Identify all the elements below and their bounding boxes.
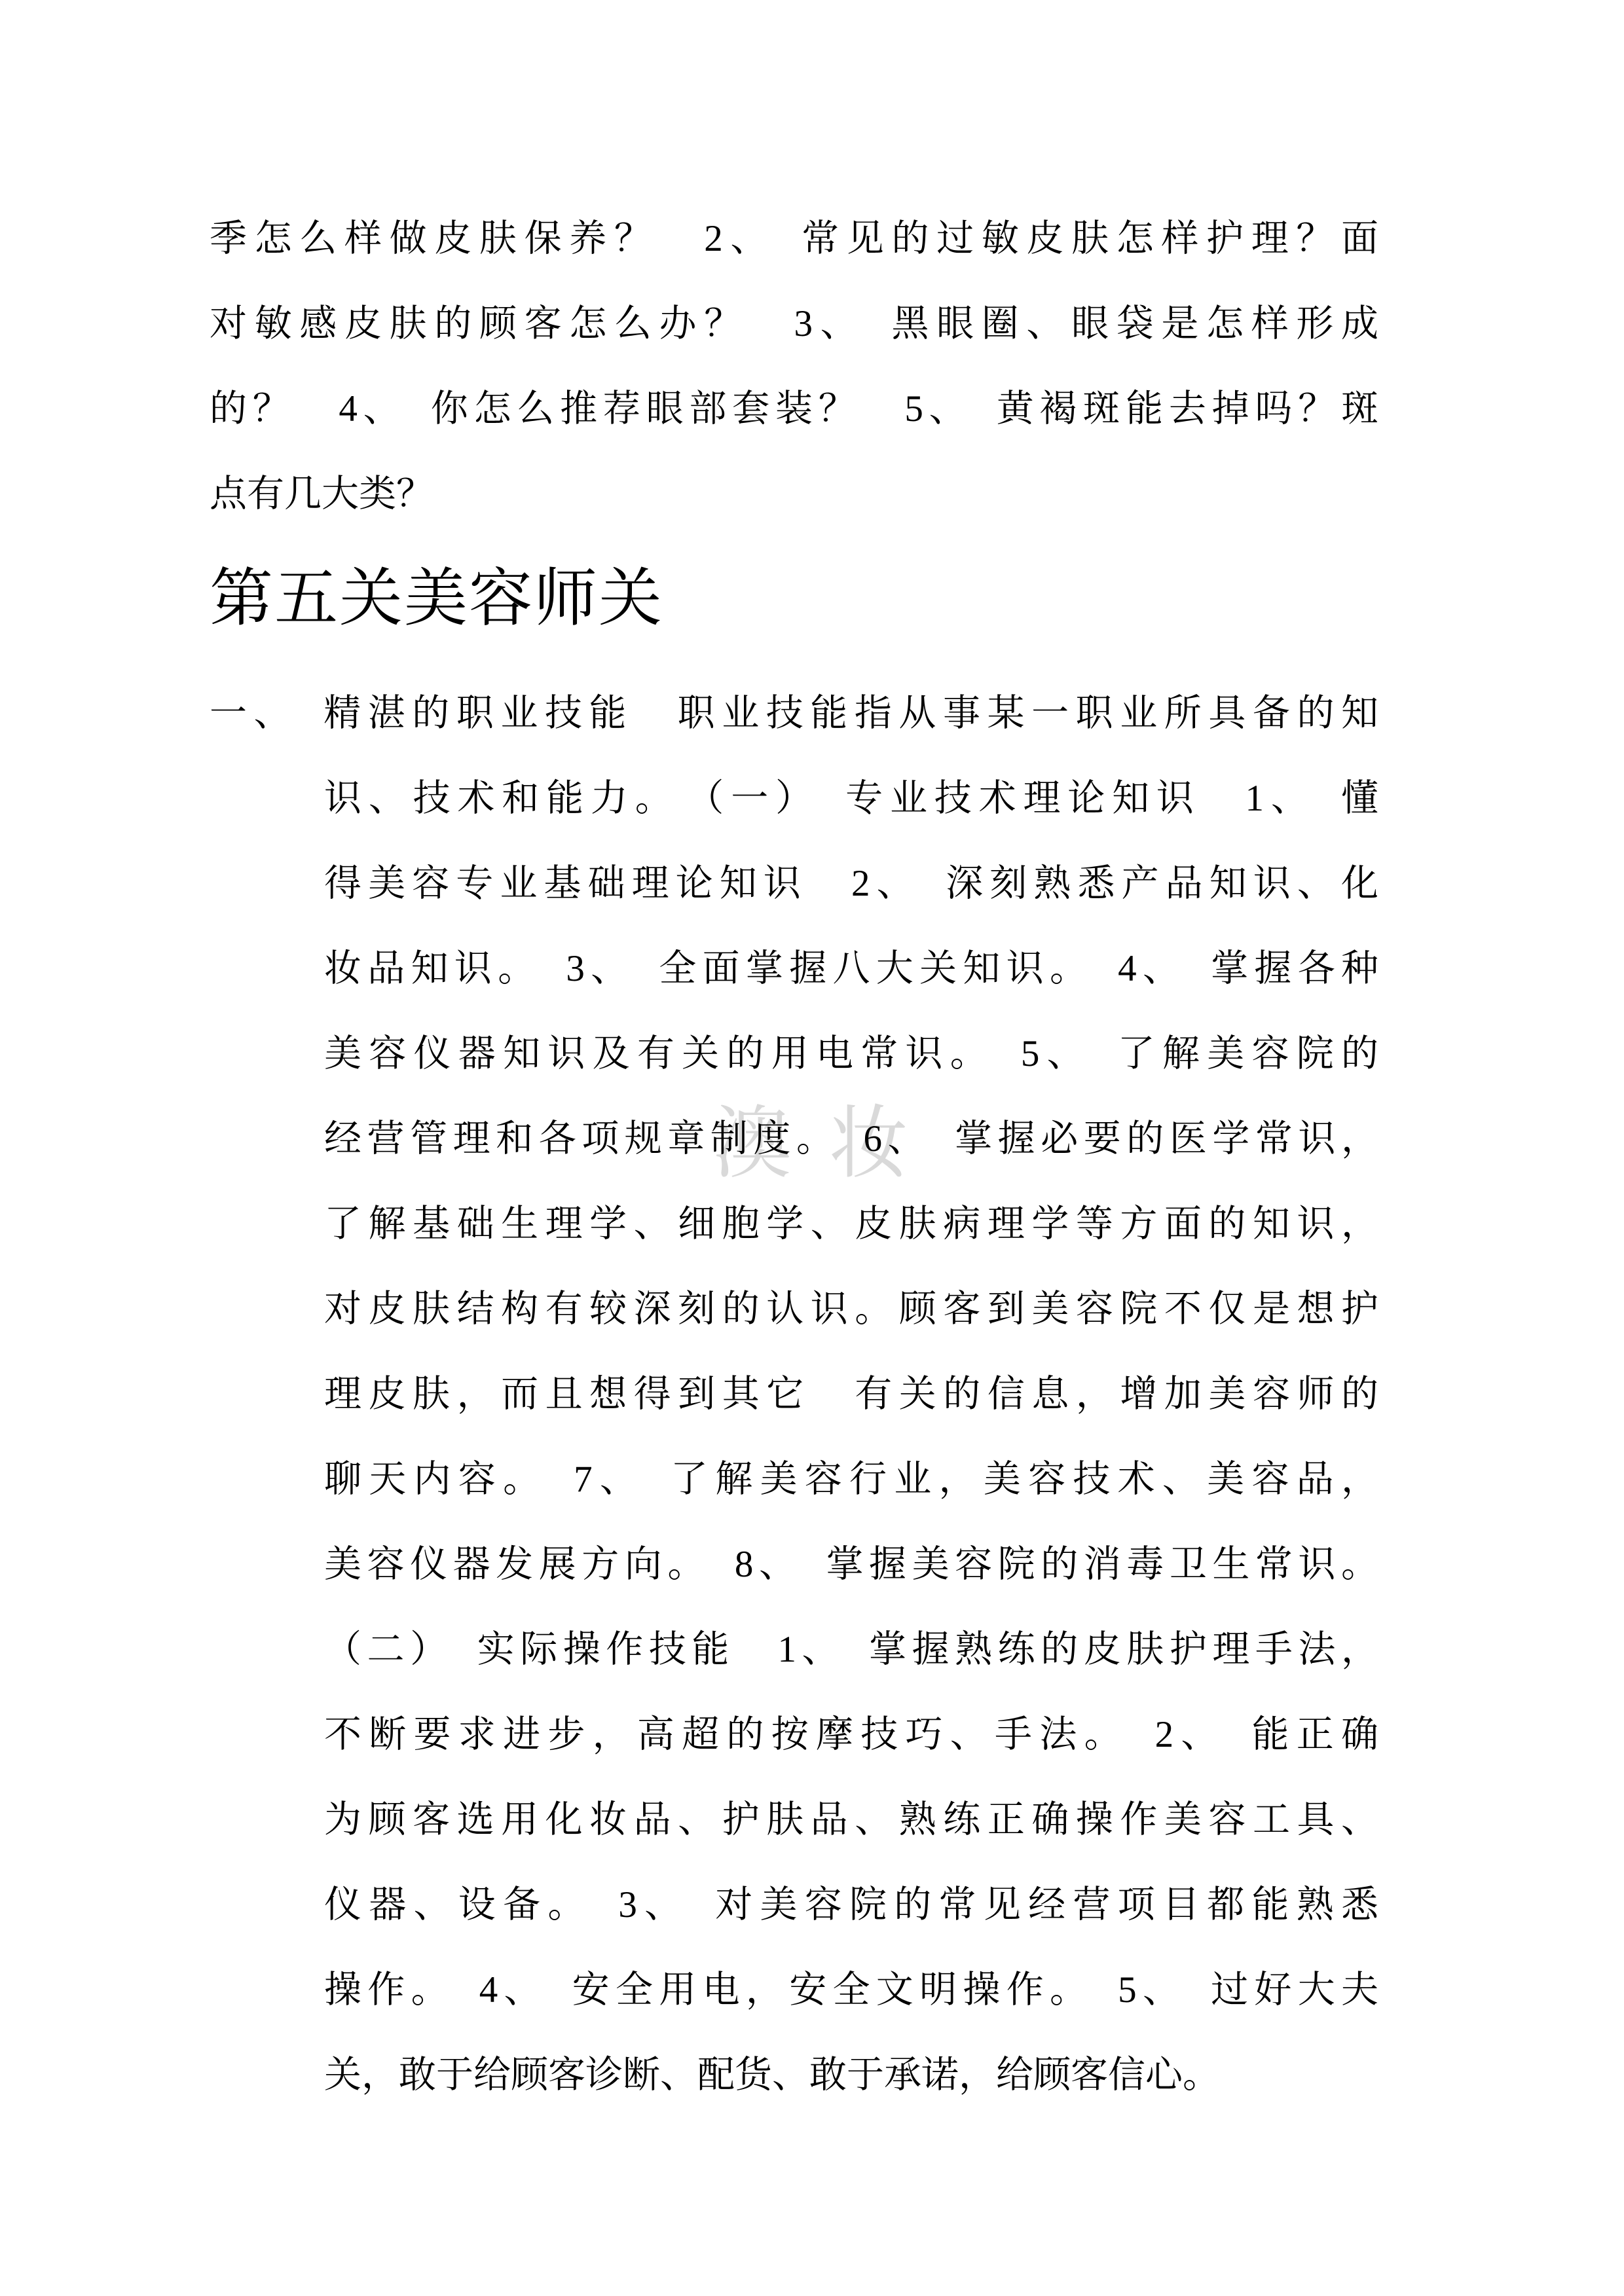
section-heading: 第五关美容师关	[210, 547, 1378, 651]
text-line: 的？ 4、 你怎么推荐眼部套装？ 5、 黄褐斑能去掉吗？斑	[210, 367, 1378, 452]
text-line: 操作。 4、 安全用电，安全文明操作。 5、 过好大夫	[210, 1948, 1378, 2033]
text-line: 妆品知识。 3、 全面掌握八大关知识。 4、 掌握各种	[210, 926, 1378, 1011]
text-line: 仪器、设备。 3、 对美容院的常见经营项目都能熟悉	[210, 1863, 1378, 1948]
document-page: 澳妆 季怎么样做皮肤保养？ 2、 常见的过敏皮肤怎样护理？面 对敏感皮肤的顾客怎…	[0, 0, 1624, 2296]
text-line: 得美容专业基础理论知识 2、 深刻熟悉产品知识、化	[210, 841, 1378, 926]
text-line: 对敏感皮肤的顾客怎么办？ 3、 黑眼圈、眼袋是怎样形成	[210, 282, 1378, 367]
text-line: 了解基础生理学、细胞学、皮肤病理学等方面的知识，	[210, 1182, 1378, 1267]
text-line: 聊天内容。 7、 了解美容行业，美容技术、美容品，	[210, 1437, 1378, 1522]
text-line: 美容仪器发展方向。 8、 掌握美容院的消毒卫生常识。	[210, 1522, 1378, 1607]
text-line: （二） 实际操作技能 1、 掌握熟练的皮肤护理手法，	[210, 1607, 1378, 1692]
text-line: 点有几大类？	[210, 452, 1378, 537]
text-line: 为顾客选用化妆品、护肤品、熟练正确操作美容工具、	[210, 1777, 1378, 1863]
text-line: 关，敢于给顾客诊断、配货、敢于承诺，给顾客信心。	[210, 2033, 1378, 2118]
text-line: 季怎么样做皮肤保养？ 2、 常见的过敏皮肤怎样护理？面	[210, 196, 1378, 282]
text-line: 美容仪器知识及有关的用电常识。 5、 了解美容院的	[210, 1011, 1378, 1097]
text-line: 对皮肤结构有较深刻的认识。顾客到美容院不仅是想护	[210, 1267, 1378, 1352]
skills-paragraph: 一、 精湛的职业技能 职业技能指从事某一职业所具备的知 识、技术和能力。 （一）…	[210, 671, 1378, 2118]
intro-paragraph: 季怎么样做皮肤保养？ 2、 常见的过敏皮肤怎样护理？面 对敏感皮肤的顾客怎么办？…	[210, 196, 1378, 537]
text-line: 经营管理和各项规章制度。 6、 掌握必要的医学常识，	[210, 1097, 1378, 1182]
page-content: 季怎么样做皮肤保养？ 2、 常见的过敏皮肤怎样护理？面 对敏感皮肤的顾客怎么办？…	[210, 196, 1378, 2118]
text-line: 识、技术和能力。 （一） 专业技术理论知识 1、 懂	[210, 756, 1378, 841]
text-line: 理皮肤，而且想得到其它 有关的信息，增加美容师的	[210, 1352, 1378, 1437]
text-line: 不断要求进步，高超的按摩技巧、手法。 2、 能正确	[210, 1692, 1378, 1777]
list-item-first-line: 一、 精湛的职业技能 职业技能指从事某一职业所具备的知	[210, 671, 1378, 756]
